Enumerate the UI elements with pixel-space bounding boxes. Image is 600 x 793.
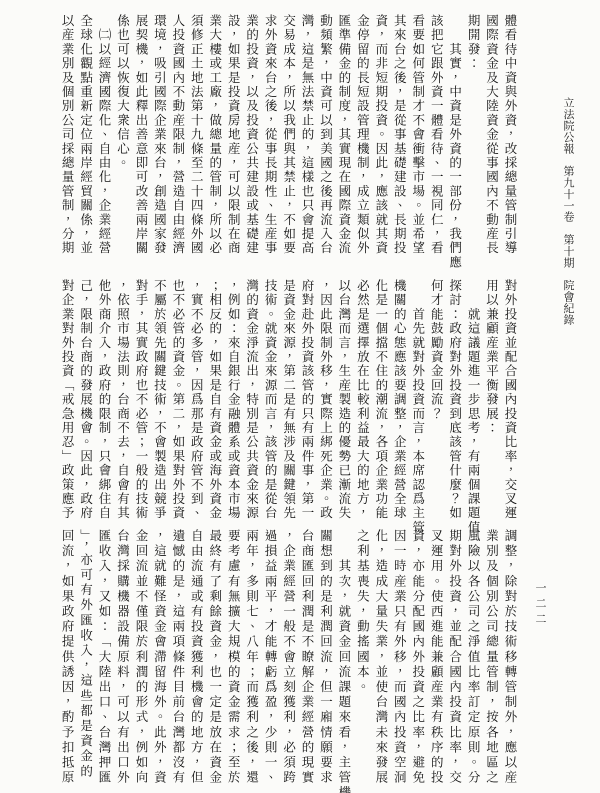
text-column: 體看待中資與外資，改採總量管制引導 [501, 14, 519, 260]
text-column: 動頻繁，中資可以到美國之後再流入台 [316, 14, 334, 260]
text-column: 首先就對外投資而言，本席認爲主管 [408, 279, 426, 525]
text-column: 其次，就資金回流課題來看，主管機 [334, 529, 352, 789]
text-column: 化是一個擋不住的潮流，各項企業功能 [371, 279, 389, 525]
text-column: 機關的心態應該要調整，企業經營全球 [390, 279, 408, 525]
text-column: 也不必管的資金。第二，如果對外投資 [168, 279, 186, 525]
text-column: 用以兼顧産業平衡發展： [482, 279, 500, 525]
text-column: 要考慮有無擴大規模的資金需求；至於 [224, 529, 242, 789]
text-column: 人投資國內不動産限制，營造自由經濟 [168, 14, 186, 260]
text-column: 設，如果是投資房地産，可以限制在商 [224, 14, 242, 260]
text-column: ，這就難怪資金會滯留海外。此外，資 [150, 529, 168, 789]
text-column: 資，亦能分配國內外投資之比率，避免 [408, 529, 426, 789]
text-column: 金回流並不僅限於利潤的形式，例如向 [131, 529, 149, 789]
text-column: 灣，這是無法禁止的，這樣也只會提高 [298, 14, 316, 260]
text-column: 是資金來源，第二是有無涉及關鍵領先 [279, 279, 297, 525]
text-column: 對外投資並配合國內投資比率，交叉運 [501, 279, 519, 525]
text-column: 風險以各公司之淨值比率訂定原則。分 [464, 529, 482, 789]
running-head: 立法院公報 第九十一卷 第十期 院會紀錄 [560, 97, 576, 397]
text-column: 求外資來台之後，從事長期性、生産事 [261, 14, 279, 260]
text-column: 係也可以恢復大衆信心。 [113, 14, 131, 260]
text-column: 該把它跟外資一體看待、一視同仁，看 [427, 14, 445, 260]
text-column: 以台灣而言，生産製造的優勢已漸流失 [334, 279, 352, 525]
text-column: 之利基喪失，動搖國本。 [353, 529, 371, 789]
text-column: 灣的資金淨流出，特別是公共資金來源 [242, 279, 260, 525]
text-column: 全球化觀點重新定位兩岸經貿關係，並 [76, 14, 94, 260]
text-column: 最終有了剩餘資金，也一定是放在資金 [205, 529, 223, 789]
gazette-page: 立法院公報 第九十一卷 第十期 院會紀錄 一二二 體看待中資與外資，改採總量管制… [0, 0, 600, 793]
text-column: 探討：政府對外投資到底該管什麼？如 [445, 279, 463, 525]
text-column: ，依照市場法則，台商不去，自會有其 [113, 279, 131, 525]
text-column: 因一時産業只有外移，而國內投資空洞 [390, 529, 408, 789]
text-column: 看要如何管制才不會衝擊市場。並希望 [408, 14, 426, 260]
text-column: 台灣採購機器設備原料，可以有出口外 [113, 529, 131, 789]
text-column: 調整，除對於技術移轉管制外，應以産 [501, 529, 519, 789]
text-column: 環境，吸引國際企業來台，創造國家發 [150, 14, 168, 260]
text-band-top: 體看待中資與外資，改採總量管制引導國際資金及大陸資金從事國內不動産長期開發： 其… [58, 14, 519, 262]
text-column: ㈡以經濟國際化、自由化，企業經營 [95, 14, 113, 260]
text-column: 業別及個別公司總量管制，按各地區之 [482, 529, 500, 789]
page-number: 一二二 [532, 582, 548, 642]
text-column: 其實，中資是外資的一部份，我們應 [445, 14, 463, 260]
text-column: 業大樓或工廠，做總量的管制，所以必 [205, 14, 223, 260]
text-band-bottom: 調整，除對於技術移轉管制外，應以産業別及個別公司總量管制，按各地區之風險以各公司… [58, 529, 519, 791]
text-column: 對企業對外投資「戒急用忍」政策應予 [58, 279, 76, 525]
text-column: ，企業經營一般不會立刻獲利，必須跨 [279, 529, 297, 789]
text-column: 化，造成大量失業，並使台灣未來發展 [371, 529, 389, 789]
text-column: 己，限制台商的發展機會。因此，政府 [76, 279, 94, 525]
text-column: 匯收入，又如：「大陸出口、台灣押匯 [95, 529, 113, 789]
text-column: 叉運用。使西進能兼顧産業有秩序的投 [427, 529, 445, 789]
text-column: 匯準備金的制度，其實現在國際資金流 [334, 14, 352, 260]
text-column: 何才能鼓勵資金回流？ [427, 279, 445, 525]
text-column: 過損益兩平，才能轉虧爲盈，少則一、 [261, 529, 279, 789]
text-column: 對手，其實政府也不必管；一般的技術 [131, 279, 149, 525]
text-column: 遺憾的是，這兩項條件目前台灣都沒有 [168, 529, 186, 789]
text-column: 金停留的長短設管理機制，成立類似外 [353, 14, 371, 260]
text-column: 業的投資，以及投資公共建設或基礎建 [242, 14, 260, 260]
text-column: 就這議題進一步思考，有兩個課題值 [464, 279, 482, 525]
text-column: 不屬於領先關鍵技術，不會製造出競爭 [150, 279, 168, 525]
text-column: 展契機，如此釋出善意即可改善兩岸關 [131, 14, 149, 260]
text-column: 交易成本，所以我們與其禁止，不如要 [279, 14, 297, 260]
text-column: 回流，如果政府提供誘因，酌予扣抵原 [58, 529, 76, 789]
text-column: ，因此限制外移，實際上綁死企業。政 [316, 279, 334, 525]
text-column: ；相反的，如果是自有資金或海外資金 [205, 279, 223, 525]
text-column: ，實不必多管，因爲那是政府管不到、 [187, 279, 205, 525]
text-column: 」，亦可有外匯收入，這些都是資金的 [76, 529, 94, 789]
text-column: 技術。就資金來源而言，該管的是從台 [261, 279, 279, 525]
text-column: 國際資金及大陸資金從事國內不動産長 [482, 14, 500, 260]
text-column: ，例如：來自銀行金融體系或資本市場 [224, 279, 242, 525]
text-column: 自由流通或有投資獲利機會的地方，但 [187, 529, 205, 789]
text-column: 期開發： [464, 14, 482, 260]
text-column: 府對赴外投資該管的只有兩件事，第一 [298, 279, 316, 525]
text-column: 其來台之後，是從事基礎建設、長期投 [390, 14, 408, 260]
text-column: 以産業別及個別公司採總量管制，分期 [58, 14, 76, 260]
text-column: 須修正土地法第十九條至二十四條外國 [187, 14, 205, 260]
text-column: 他外商介入，政府的限制，只會綁住自 [95, 279, 113, 525]
text-column: 台商匯回利潤是不瞭解企業經營的現實 [298, 529, 316, 789]
text-column: 資，而非短期投資。因此，應該就其資 [371, 14, 389, 260]
text-column: 期對外投資，並配合國內投資比率，交 [445, 529, 463, 789]
text-band-middle: 對外投資並配合國內投資比率，交叉運用以兼顧産業平衡發展： 就這議題進一步思考，有… [58, 279, 519, 527]
text-column: 關想到的是利潤回流，但一廂情願要求 [316, 529, 334, 789]
text-column: 兩年，多則七、八年；而獲利之後，還 [242, 529, 260, 789]
text-column: 必然是選擇放在比較利益最大的地方， [353, 279, 371, 525]
